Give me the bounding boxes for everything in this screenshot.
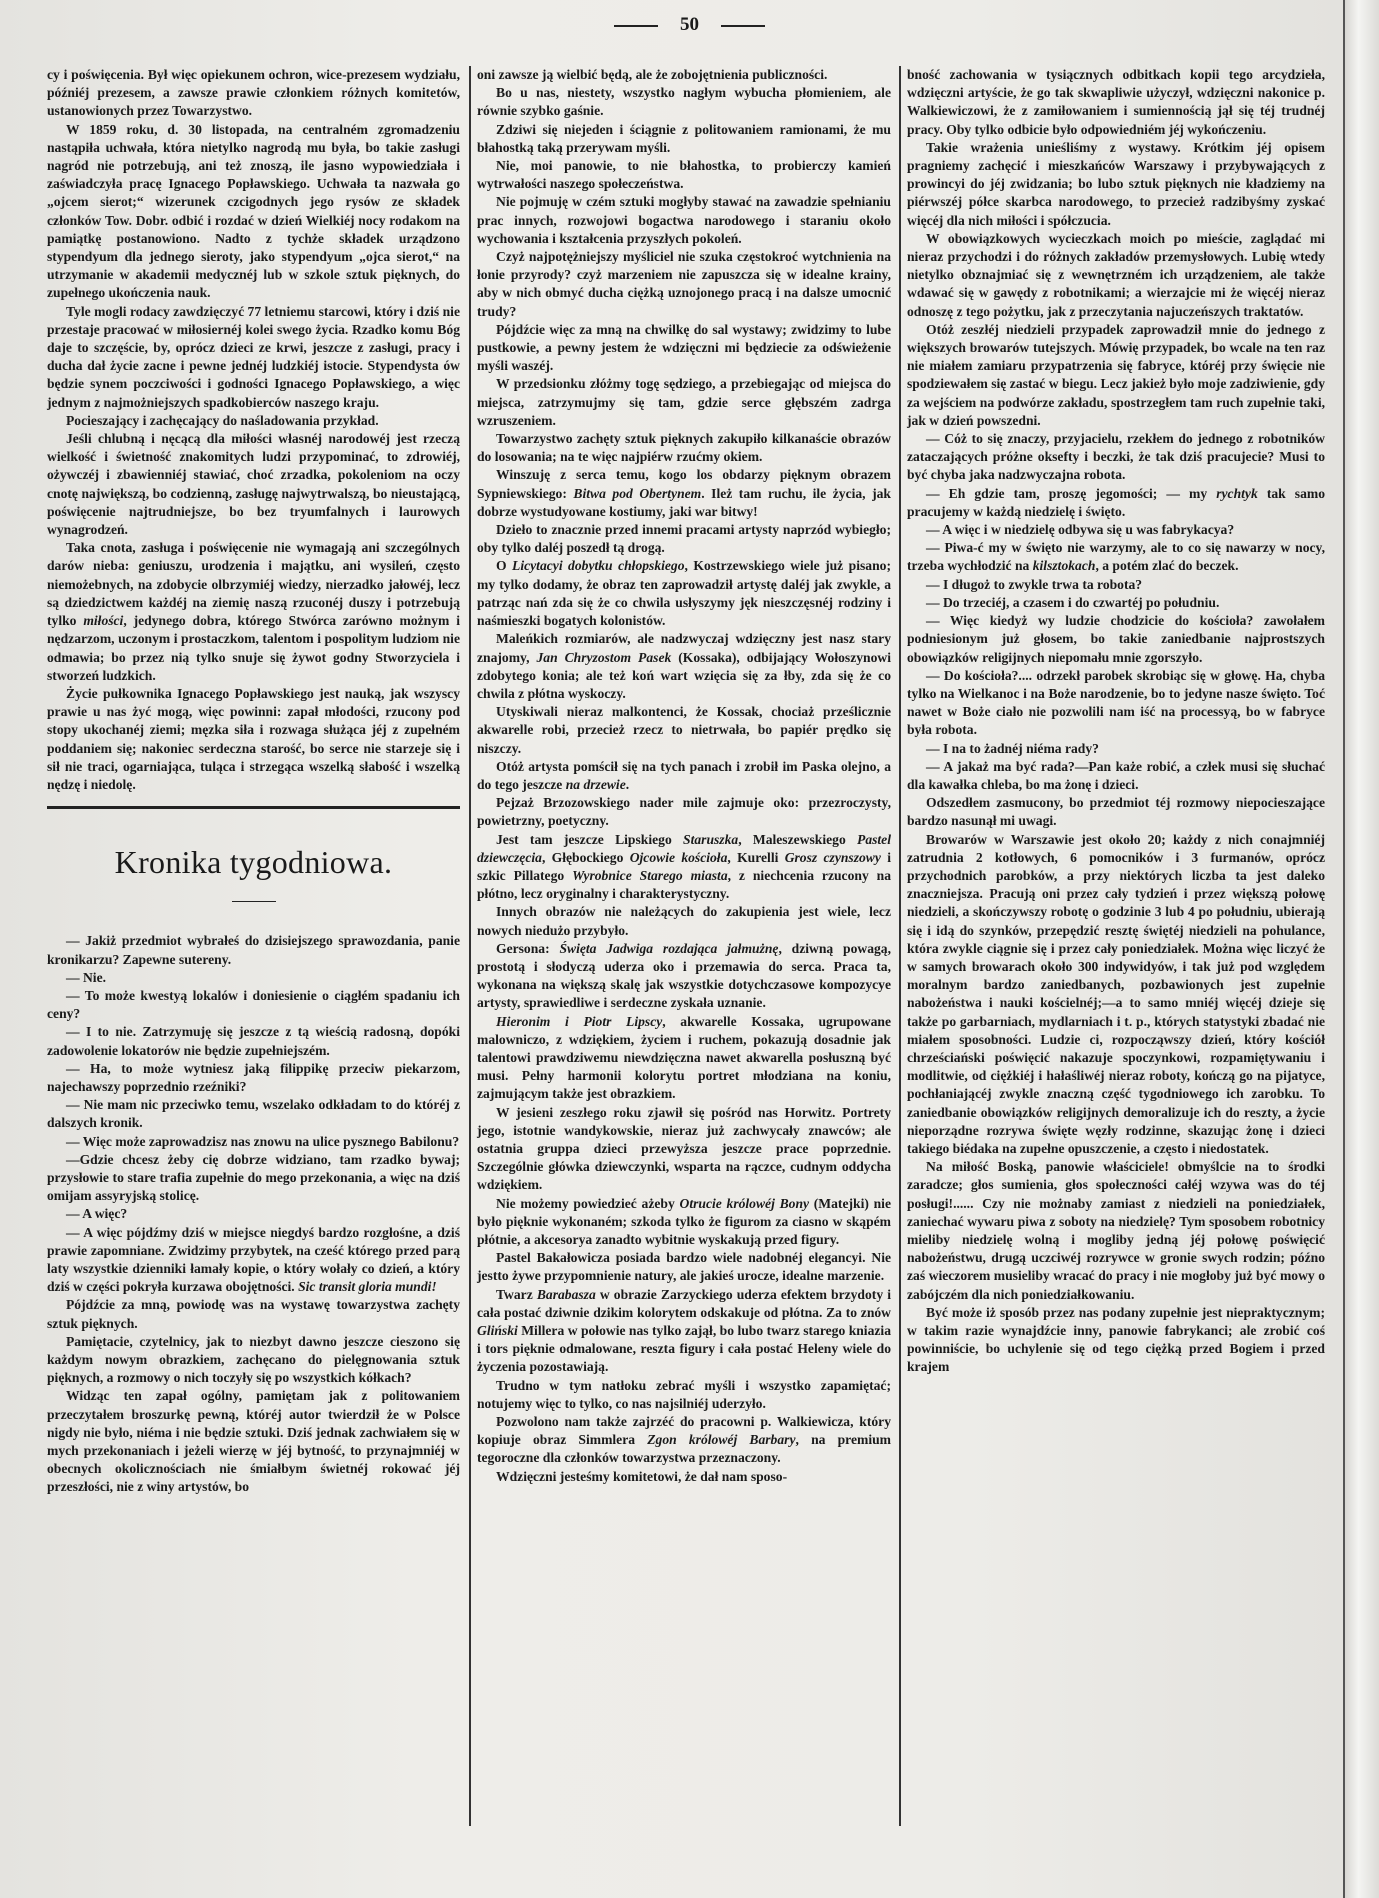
paragraph: Hieronim i Piotr Lipscy, akwarelle Kossa… bbox=[477, 1013, 891, 1104]
column-1-article-end: cy i poświęcenia. Był więc opiekunem och… bbox=[47, 66, 460, 794]
paragraph: Takie wrażenia unieśliśmy z wystawy. Kró… bbox=[907, 139, 1325, 230]
paragraph: W jesieni zeszłego roku zjawił się pośró… bbox=[477, 1104, 891, 1195]
paragraph: W obowiązkowych wycieczkach moich po mie… bbox=[907, 230, 1325, 321]
paragraph: Dzieło to znacznie przed innemi pracami … bbox=[477, 521, 891, 557]
paragraph: Pójdźcie za mną, powiodę was na wystawę … bbox=[47, 1296, 460, 1332]
paragraph: Pastel Bakałowicza posiada bardzo wiele … bbox=[477, 1249, 891, 1285]
paragraph: Twarz Barabasza w obrazie Zarzyckiego ud… bbox=[477, 1286, 891, 1377]
page-number-text: 50 bbox=[680, 14, 699, 35]
paragraph: Taka cnota, zasługa i poświęcenie nie wy… bbox=[47, 539, 460, 685]
column-3: bność zachowania w tysiącznych odbitkach… bbox=[907, 66, 1325, 1377]
paragraph: Pamiętacie, czytelnicy, jak to niezbyt d… bbox=[47, 1333, 460, 1388]
paragraph: — Nie. bbox=[47, 969, 460, 987]
section-divider bbox=[47, 806, 460, 809]
column-1: cy i poświęcenia. Był więc opiekunem och… bbox=[47, 66, 460, 1497]
paragraph: — A więc pójdźmy dziś w miejsce niegdyś … bbox=[47, 1224, 460, 1297]
paragraph: — A jakaż ma być rada?—Pan każe robić, a… bbox=[907, 758, 1325, 794]
paragraph: Nie możemy powiedzieć ażeby Otrucie król… bbox=[477, 1195, 891, 1250]
paragraph: Otóż zeszłéj niedzieli przypadek zaprowa… bbox=[907, 321, 1325, 430]
paragraph: Pójdźcie więc za mną na chwilkę do sal w… bbox=[477, 321, 891, 376]
column-rule-2 bbox=[899, 66, 901, 1826]
newspaper-page: 50 cy i poświęcenia. Był więc opiekunem … bbox=[0, 0, 1379, 1898]
paragraph: Jest tam jeszcze Lipskiego Staruszka, Ma… bbox=[477, 831, 891, 904]
paragraph: Trudno w tym natłoku zebrać myśli i wszy… bbox=[477, 1377, 891, 1413]
paragraph: Pocieszający i zachęcający do naśladowan… bbox=[47, 412, 460, 430]
paragraph: Odszedłem zasmucony, bo przedmiot téj ro… bbox=[907, 794, 1325, 830]
paragraph: Widząc ten zapał ogólny, pamiętam jak z … bbox=[47, 1387, 460, 1496]
paragraph: Innych obrazów nie należących do zakupie… bbox=[477, 903, 891, 939]
paragraph: — Eh gdzie tam, proszę jegomości; — my r… bbox=[907, 485, 1325, 521]
paragraph: — Piwa-ć my w święto nie warzymy, ale to… bbox=[907, 539, 1325, 575]
paragraph: — Więc może zaprowadzisz nas znowu na ul… bbox=[47, 1133, 460, 1151]
paragraph: — Więc kiedyż wy ludzie chodzicie do koś… bbox=[907, 612, 1325, 667]
paragraph: oni zawsze ją wielbić będą, ale że zoboj… bbox=[477, 66, 891, 84]
page-number-dash-right bbox=[721, 25, 765, 27]
paragraph: Zdziwi się niejeden i ściągnie z politow… bbox=[477, 121, 891, 157]
paragraph: — I na to żadnéj niéma rady? bbox=[907, 740, 1325, 758]
paragraph: Bo u nas, niestety, wszystko nagłym wybu… bbox=[477, 84, 891, 120]
paragraph: Otóż artysta pomścił się na tych panach … bbox=[477, 758, 891, 794]
paragraph: Maleńkich rozmiarów, ale nadzwyczaj wdzi… bbox=[477, 630, 891, 703]
paragraph: Czyż najpotężniejszy myśliciel nie szuka… bbox=[477, 248, 891, 321]
column-2-text: oni zawsze ją wielbić będą, ale że zoboj… bbox=[477, 66, 891, 1486]
paragraph: — I długoż to zwykle trwa ta robota? bbox=[907, 576, 1325, 594]
paragraph: — Jakiż przedmiot wybrałeś do dzisiejsze… bbox=[47, 932, 460, 968]
paragraph: bność zachowania w tysiącznych odbitkach… bbox=[907, 66, 1325, 139]
paragraph: — Do trzeciéj, a czasem i do czwartéj po… bbox=[907, 594, 1325, 612]
paragraph: Życie pułkownika Ignacego Popławskiego j… bbox=[47, 685, 460, 794]
paragraph: Na miłość Boską, panowie właściciele! ob… bbox=[907, 1158, 1325, 1304]
paragraph: W przedsionku złóżmy togę sędziego, a pr… bbox=[477, 375, 891, 430]
paragraph: — Ha, to może wytniesz jaką filippikę pr… bbox=[47, 1060, 460, 1096]
column-3-text: bność zachowania w tysiącznych odbitkach… bbox=[907, 66, 1325, 1377]
paragraph: Winszuję z serca temu, kogo los obdarzy … bbox=[477, 466, 891, 521]
paragraph: — Nie mam nic przeciwko temu, wszelako o… bbox=[47, 1096, 460, 1132]
paragraph: — To może kwestyą lokalów i doniesienie … bbox=[47, 987, 460, 1023]
paragraph: W 1859 roku, d. 30 listopada, na central… bbox=[47, 121, 460, 303]
paragraph: Utyskiwali nieraz malkontenci, że Kossak… bbox=[477, 703, 891, 758]
paragraph: Gersona: Święta Jadwiga rozdająca jałmuż… bbox=[477, 940, 891, 1013]
paragraph: Nie pojmuję w czém sztuki mogłyby stawać… bbox=[477, 193, 891, 248]
adjacent-page-edge bbox=[1343, 0, 1379, 1898]
paragraph: Towarzystwo zachęty sztuk pięknych zakup… bbox=[477, 430, 891, 466]
paragraph: Pozwolono nam także zajrzéć do pracowni … bbox=[477, 1413, 891, 1468]
paragraph: Nie, moi panowie, to nie błahostka, to p… bbox=[477, 157, 891, 193]
column-rule-1 bbox=[469, 66, 471, 1826]
page-number: 50 bbox=[0, 14, 1379, 36]
paragraph: Browarów w Warszawie jest około 20; każd… bbox=[907, 831, 1325, 1159]
paragraph: — A więc? bbox=[47, 1205, 460, 1223]
title-underline-rule bbox=[232, 901, 276, 902]
paragraph: Wdzięczni jesteśmy komitetowi, że dał na… bbox=[477, 1468, 891, 1486]
kronika-dialogue: — Jakiż przedmiot wybrałeś do dzisiejsze… bbox=[47, 932, 460, 1496]
paragraph: Pejzaż Brzozowskiego nader mile zajmuje … bbox=[477, 794, 891, 830]
paragraph: — Do kościoła?.... odrzekł parobek skrob… bbox=[907, 667, 1325, 740]
paragraph: cy i poświęcenia. Był więc opiekunem och… bbox=[47, 66, 460, 121]
column-2: oni zawsze ją wielbić będą, ale że zoboj… bbox=[477, 66, 891, 1486]
paragraph: — I to nie. Zatrzymuję się jeszcze z tą … bbox=[47, 1023, 460, 1059]
section-title-kronika: Kronika tygodniowa. bbox=[47, 853, 460, 871]
paragraph: Tyle mogli rodacy zawdzięczyć 77 letniem… bbox=[47, 303, 460, 412]
paragraph: — Cóż to się znaczy, przyjacielu, rzekłe… bbox=[907, 430, 1325, 485]
paragraph: —Gdzie chcesz żeby cię dobrze widziano, … bbox=[47, 1151, 460, 1206]
paragraph: — A więc i w niedzielę odbywa się u was … bbox=[907, 521, 1325, 539]
paragraph: Jeśli chlubną i nęcącą dla miłości własn… bbox=[47, 430, 460, 539]
paragraph: Być może iż sposób przez nas podany zupe… bbox=[907, 1304, 1325, 1377]
paragraph: O Licytacyi dobytku chłopskiego, Kostrze… bbox=[477, 557, 891, 630]
page-number-dash-left bbox=[614, 25, 658, 27]
